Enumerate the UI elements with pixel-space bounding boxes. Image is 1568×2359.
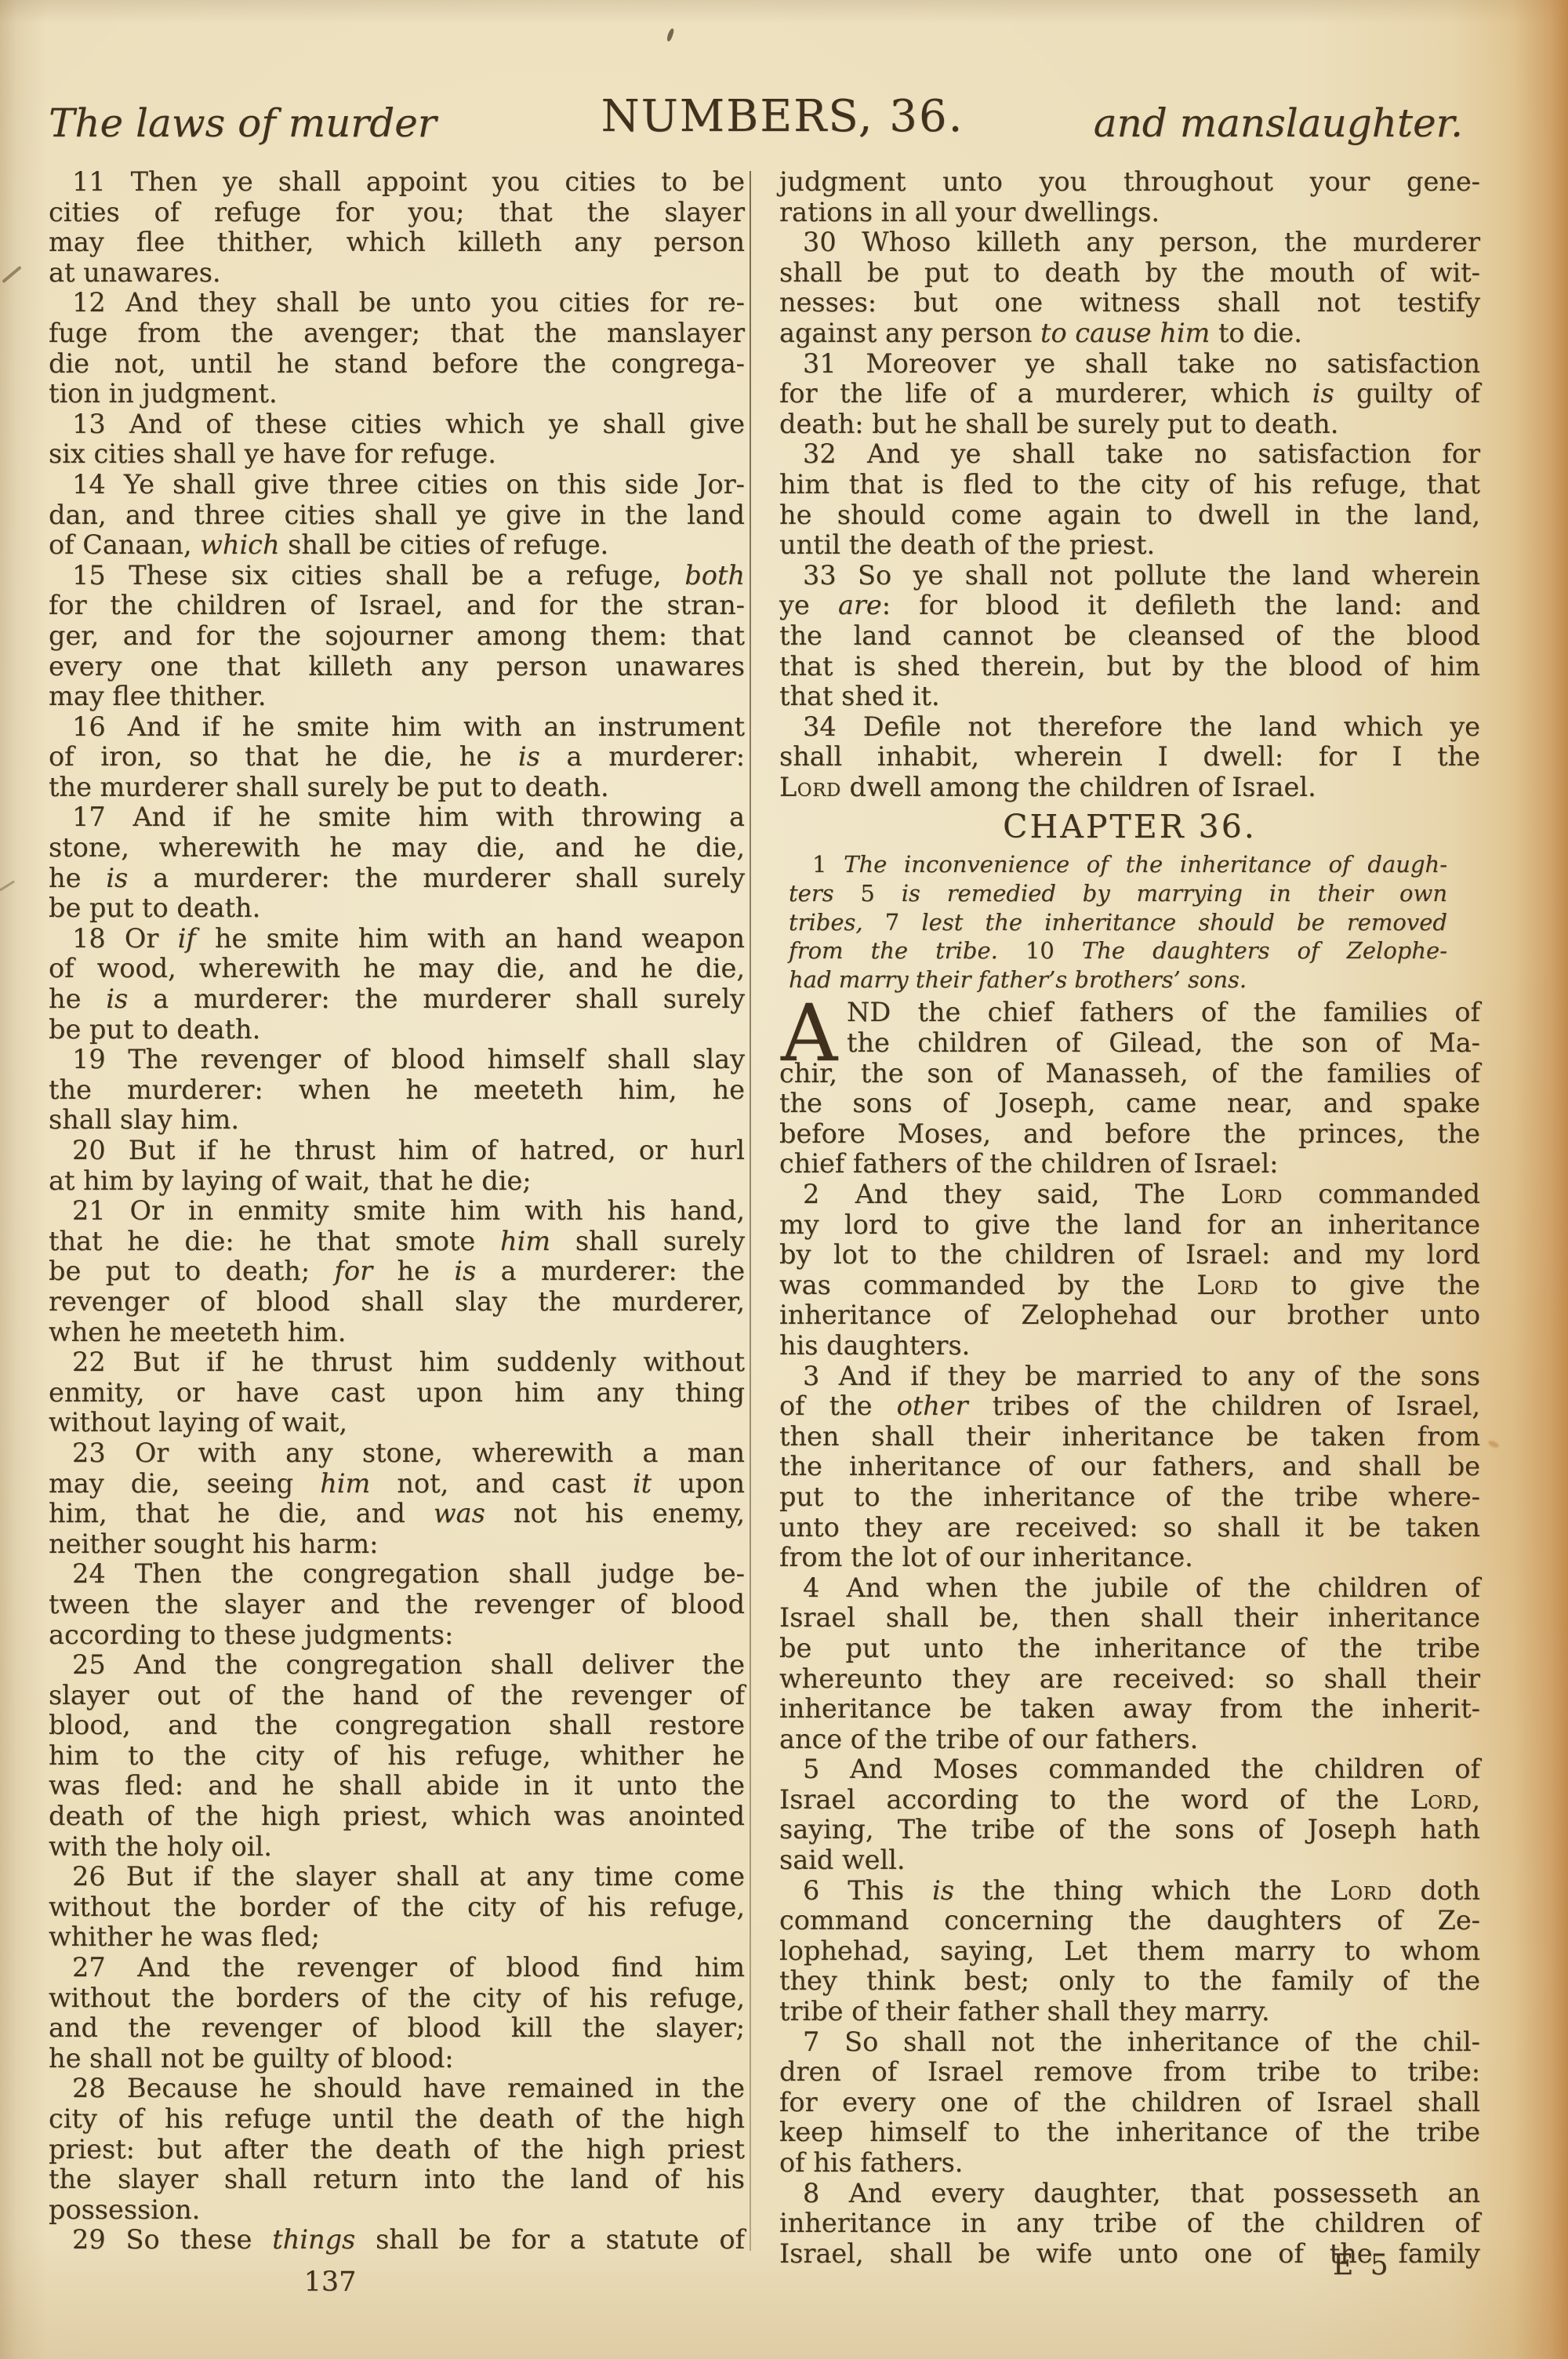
- text-run: him that is fled to the city of his refu…: [779, 469, 1480, 500]
- text-run: 23 Or with any stone, wherewith a man: [72, 1438, 745, 1468]
- text-run: that he die: he that smote: [49, 1226, 500, 1256]
- text-run: that shed it.: [779, 681, 940, 711]
- text-run: ters: [789, 880, 860, 907]
- text-run: with the holy oil.: [49, 1831, 272, 1862]
- margin-mark: [0, 880, 15, 891]
- text-line: city of his refuge until the death of th…: [49, 2104, 745, 2135]
- text-line: of Canaan, which shall be cities of refu…: [49, 530, 745, 561]
- left-column: 11 Then ye shall appoint you cities to b…: [49, 167, 745, 2255]
- text-run: neither sought his harm:: [49, 1528, 378, 1559]
- text-run: from the tribe.: [789, 937, 1025, 964]
- verse-paragraph: 12 And they shall be unto you cities for…: [49, 288, 745, 409]
- text-run: it: [633, 1468, 652, 1499]
- text-run: against any person: [779, 318, 1040, 348]
- text-line: priest: but after the death of the high …: [49, 2135, 745, 2165]
- text-run: : for blood it defileth the land: and: [882, 590, 1480, 620]
- text-line: cities of refuge for you; that the slaye…: [49, 198, 745, 228]
- text-run: inheritance of Zelophehad our brother un…: [779, 1299, 1480, 1330]
- text-line: 5 And Moses commanded the children of: [779, 1754, 1480, 1785]
- right-column: judgment unto you throughout your gene-r…: [779, 167, 1480, 2269]
- text-run: 33 So ye shall not pollute the land wher…: [803, 560, 1480, 591]
- text-run: the murderer shall surely be put to deat…: [49, 772, 609, 802]
- text-line: from the tribe. 10 The daughters of Zelo…: [789, 936, 1447, 965]
- text-line: keep himself to the inheritance of the t…: [779, 2117, 1480, 2148]
- text-run: was commanded by the: [779, 1270, 1196, 1300]
- text-run: may flee thither, which killeth any pers…: [49, 227, 745, 257]
- text-run: 3 And if they be married to any of the s…: [803, 1361, 1480, 1391]
- text-line: he shall not be guilty of blood:: [49, 2044, 745, 2074]
- text-run: chir, the son of Manasseh, of the famili…: [779, 1058, 1480, 1089]
- text-line: 4 And when the jubile of the children of: [779, 1573, 1480, 1604]
- verse-paragraph: 33 So ye shall not pollute the land wher…: [779, 561, 1480, 712]
- text-run: before Moses, and before the princes, th…: [779, 1118, 1480, 1149]
- text-line: chir, the son of Manasseh, of the famili…: [779, 1059, 1480, 1089]
- text-run: he: [49, 863, 106, 893]
- text-run: 7: [885, 909, 922, 936]
- ink-speck: [666, 27, 675, 42]
- text-line: him, that he die, and was not his enemy,: [49, 1499, 745, 1529]
- text-line: the children of Gilead, the son of Ma-: [779, 1028, 1480, 1059]
- text-run: 7 So shall not the inheritance of the ch…: [803, 2026, 1480, 2057]
- text-line: ger, and for the sojourner among them: t…: [49, 621, 745, 652]
- text-run: The daughters of Zelophe-: [1082, 937, 1447, 964]
- text-line: 17 And if he smite him with throwing a: [49, 802, 745, 833]
- text-line: whither he was fled;: [49, 1922, 745, 1953]
- text-line: inheritance in any tribe of the children…: [779, 2208, 1480, 2239]
- text-run: die not, until he stand before the congr…: [49, 348, 745, 379]
- text-line: dan, and three cities shall ye give in t…: [49, 500, 745, 531]
- text-run: keep himself to the inheritance of the t…: [779, 2117, 1480, 2147]
- verse-paragraph: 2 And they said, The Lord commandedmy lo…: [779, 1179, 1480, 1361]
- text-run: 8 And every daughter, that possesseth an: [803, 2178, 1480, 2208]
- text-run: be put to death.: [49, 892, 260, 923]
- text-run: his daughters.: [779, 1330, 970, 1361]
- text-run: him to the city of his refuge, whither h…: [49, 1740, 745, 1771]
- text-run: every one that killeth any person unawar…: [49, 651, 745, 682]
- text-run: Israel according to the word of the: [779, 1784, 1410, 1815]
- text-run: 18 Or: [72, 923, 178, 954]
- text-line: 7 So shall not the inheritance of the ch…: [779, 2027, 1480, 2058]
- text-line: 13 And of these cities which ye shall gi…: [49, 409, 745, 440]
- text-run: a murderer: the murderer shall surely: [128, 983, 745, 1014]
- text-run: tion in judgment.: [49, 378, 278, 409]
- text-run: until the death of the priest.: [779, 529, 1155, 560]
- text-run: him: [500, 1226, 550, 1256]
- text-run: tribe of their father shall they marry.: [779, 1996, 1270, 2026]
- text-run: dan, and three cities shall ye give in t…: [49, 500, 745, 530]
- text-run: 11 Then ye shall appoint you cities to b…: [72, 166, 745, 197]
- text-line: six cities shall ye have for refuge.: [49, 439, 745, 470]
- text-line: that he die: he that smote him shall sur…: [49, 1227, 745, 1257]
- text-line: the land cannot be cleansed of the blood: [779, 621, 1480, 652]
- text-run: at him by laying of wait, that he die;: [49, 1165, 532, 1196]
- text-run: 27 And the revenger of blood find him: [72, 1952, 745, 1983]
- text-run: for the children of Israel, and for the …: [49, 590, 745, 620]
- text-run: he smite him with an hand weapon: [196, 923, 745, 954]
- text-run: ger, and for the sojourner among them: t…: [49, 620, 745, 651]
- text-line: ance of the tribe of our fathers.: [779, 1725, 1480, 1755]
- text-line: for the life of a murderer, which is gui…: [779, 379, 1480, 409]
- text-run: without laying of wait,: [49, 1407, 347, 1438]
- text-line: every one that killeth any person unawar…: [49, 652, 745, 682]
- text-line: be put to death.: [49, 893, 745, 924]
- text-line: tween the slayer and the revenger of blo…: [49, 1590, 745, 1620]
- text-run: is remedied by marrying in their own: [902, 880, 1447, 907]
- text-line: 20 But if he thrust him of hatred, or hu…: [49, 1136, 745, 1166]
- text-run: lest the inheritance should be removed: [921, 909, 1447, 936]
- verse-paragraph: AND the chief fathers of the families of…: [779, 998, 1480, 1179]
- text-line: according to these judgments:: [49, 1620, 745, 1651]
- text-line: until the death of the priest.: [779, 530, 1480, 561]
- text-line: may flee thither, which killeth any pers…: [49, 227, 745, 258]
- text-run: The inconvenience of the inheritance of …: [844, 851, 1447, 878]
- text-run: shall be for a statute of: [355, 2224, 745, 2255]
- text-line: my lord to give the land for an inherita…: [779, 1210, 1480, 1241]
- text-run: 1: [812, 851, 844, 878]
- text-line: death: but he shall be surely put to dea…: [779, 409, 1480, 440]
- text-run: by lot to the children of Israel: and my…: [779, 1239, 1480, 1270]
- text-run: of wood, wherewith he may die, and he di…: [49, 953, 745, 983]
- text-run: 30 Whoso killeth any person, the murdere…: [803, 227, 1480, 257]
- text-run: revenger of blood shall slay the murdere…: [49, 1286, 745, 1317]
- text-run: chief fathers of the children of Israel:: [779, 1148, 1278, 1179]
- text-run: dren of Israel remove from tribe to trib…: [779, 2056, 1480, 2087]
- text-run: which: [200, 529, 279, 560]
- text-line: neither sought his harm:: [49, 1529, 745, 1560]
- text-run: ye: [779, 590, 838, 620]
- text-line: against any person to cause him to die.: [779, 318, 1480, 349]
- text-run: he: [49, 983, 106, 1014]
- text-line: Lord dwell among the children of Israel.: [779, 772, 1480, 803]
- text-line: that shed it.: [779, 682, 1480, 712]
- text-line: without the border of the city of his re…: [49, 1892, 745, 1923]
- text-run: the murderer: when he meeteth him, he: [49, 1074, 745, 1105]
- text-run: according to these judgments:: [49, 1619, 453, 1650]
- printers-signature-mark: E 5: [1333, 2249, 1392, 2281]
- chapter-heading: CHAPTER 36.: [779, 802, 1480, 849]
- text-line: with the holy oil.: [49, 1832, 745, 1863]
- text-line: tribes, 7 lest the inheritance should be…: [789, 908, 1447, 937]
- verse-paragraph: 6 This is the thing which the Lord dothc…: [779, 1876, 1480, 2027]
- text-run: said well.: [779, 1845, 906, 1875]
- text-line: lophehad, saying, Let them marry to whom: [779, 1936, 1480, 1967]
- column-divider: [750, 171, 751, 2251]
- text-run: was: [434, 1498, 485, 1528]
- text-line: the murderer: when he meeteth him, he: [49, 1075, 745, 1106]
- text-line: rations in all your dwellings.: [779, 198, 1480, 228]
- text-run: 16 And if he smite him with an instrumen…: [72, 711, 745, 742]
- text-run: commanded: [1283, 1179, 1480, 1209]
- text-line: for every one of the children of Israel …: [779, 2088, 1480, 2118]
- text-run: is: [106, 863, 128, 893]
- text-line: when he meeteth him.: [49, 1318, 745, 1348]
- text-run: at unawares.: [49, 257, 221, 288]
- verse-paragraph: 15 These six cities shall be a refuge, b…: [49, 561, 745, 712]
- text-line: ters 5 is remedied by marrying in their …: [789, 879, 1447, 908]
- text-run: without the borders of the city of his r…: [49, 1983, 745, 2013]
- running-head-left: The laws of murder: [49, 100, 437, 146]
- text-line: him to the city of his refuge, whither h…: [49, 1741, 745, 1772]
- text-run: my lord to give the land for an inherita…: [779, 1209, 1480, 1240]
- text-line: he is a murderer: the murderer shall sur…: [49, 984, 745, 1015]
- verse-paragraph: 22 But if he thrust him suddenly without…: [49, 1347, 745, 1438]
- text-run: unto they are received: so shall it be t…: [779, 1512, 1480, 1543]
- text-run: 19 The revenger of blood himself shall s…: [72, 1044, 745, 1074]
- verse-paragraph: 7 So shall not the inheritance of the ch…: [779, 2027, 1480, 2179]
- text-run: 15 These six cities shall be a refuge,: [72, 560, 684, 591]
- text-line: for the children of Israel, and for the …: [49, 591, 745, 621]
- verse-paragraph: 26 But if the slayer shall at any time c…: [49, 1862, 745, 1953]
- text-line: by lot to the children of Israel: and my…: [779, 1240, 1480, 1270]
- text-run: cities of refuge for you; that the slaye…: [49, 197, 745, 227]
- text-line: be put to death; for he is a murderer: t…: [49, 1256, 745, 1287]
- text-run: inheritance in any tribe of the children…: [779, 2208, 1480, 2238]
- text-line: be put unto the inheritance of the tribe: [779, 1634, 1480, 1664]
- text-line: 23 Or with any stone, wherewith a man: [49, 1438, 745, 1469]
- text-line: 15 These six cities shall be a refuge, b…: [49, 561, 745, 591]
- verse-paragraph: 29 So these things shall be for a statut…: [49, 2225, 745, 2255]
- text-line: ND the chief fathers of the families of: [779, 998, 1480, 1028]
- text-run: Lord: [1221, 1179, 1283, 1209]
- text-line: before Moses, and before the princes, th…: [779, 1119, 1480, 1150]
- text-run: inheritance be taken away from the inher…: [779, 1693, 1480, 1724]
- text-run: that is shed therein, but by the blood o…: [779, 651, 1480, 682]
- text-line: 3 And if they be married to any of the s…: [779, 1361, 1480, 1392]
- text-line: 21 Or in enmity smite him with his hand,: [49, 1196, 745, 1227]
- text-run: is: [1312, 378, 1334, 409]
- paper-stain: [1487, 1439, 1500, 1448]
- verse-paragraph: 25 And the congregation shall deliver th…: [49, 1650, 745, 1862]
- text-run: slayer out of the hand of the revenger o…: [49, 1680, 745, 1710]
- text-run: six cities shall ye have for refuge.: [49, 438, 496, 469]
- text-line: 33 So ye shall not pollute the land wher…: [779, 561, 1480, 591]
- text-run: whereunto they are received: so shall th…: [779, 1663, 1480, 1694]
- text-line: put to the inheritance of the tribe wher…: [779, 1482, 1480, 1513]
- text-run: from the lot of our inheritance.: [779, 1542, 1193, 1572]
- text-line: his daughters.: [779, 1331, 1480, 1361]
- text-run: the land cannot be cleansed of the blood: [779, 620, 1480, 651]
- text-line: possession.: [49, 2195, 745, 2226]
- drop-cap: A: [781, 994, 837, 1073]
- text-line: 18 Or if he smite him with an hand weapo…: [49, 924, 745, 954]
- text-run: 21 Or in enmity smite him with his hand,: [72, 1195, 745, 1226]
- text-run: 5: [860, 880, 901, 907]
- text-line: 16 And if he smite him with an instrumen…: [49, 712, 745, 743]
- text-run: shall inhabit, wherein I dwell: for I th…: [779, 741, 1480, 772]
- text-run: saying, The tribe of the sons of Joseph …: [779, 1814, 1480, 1845]
- text-run: was fled: and he shall abide in it unto …: [49, 1770, 745, 1801]
- text-run: not, and cast: [370, 1468, 633, 1499]
- text-run: 34 Defile not therefore the land which y…: [803, 711, 1480, 742]
- text-run: dwell among the children of Israel.: [841, 772, 1316, 802]
- verse-paragraph: 21 Or in enmity smite him with his hand,…: [49, 1196, 745, 1347]
- text-run: ND the chief fathers of the families of: [847, 997, 1480, 1027]
- verse-paragraph: 24 Then the congregation shall judge be-…: [49, 1559, 745, 1650]
- text-run: possession.: [49, 2194, 200, 2225]
- running-head: The laws of murder NUMBERS, 36. and mans…: [49, 91, 1463, 163]
- text-line: blood, and the congregation shall restor…: [49, 1710, 745, 1741]
- text-run: shall slay him.: [49, 1104, 239, 1135]
- text-run: 24 Then the congregation shall judge be-: [72, 1558, 745, 1589]
- text-run: for: [335, 1256, 373, 1286]
- verse-paragraph: 4 And when the jubile of the children of…: [779, 1573, 1480, 1755]
- text-run: fuge from the avenger; that the manslaye…: [49, 318, 745, 348]
- text-line: of wood, wherewith he may die, and he di…: [49, 954, 745, 984]
- text-line: shall slay him.: [49, 1105, 745, 1136]
- text-run: 29 So these: [72, 2224, 272, 2255]
- text-run: are: [838, 590, 882, 620]
- text-run: city of his refuge until the death of th…: [49, 2103, 745, 2134]
- text-line: the slayer shall return into the land of…: [49, 2165, 745, 2195]
- text-run: be put to death.: [49, 1014, 260, 1045]
- page: The laws of murder NUMBERS, 36. and mans…: [0, 0, 1568, 2359]
- text-run: had marry their father’s brothers’ sons.: [789, 966, 1247, 993]
- verse-paragraph: 27 And the revenger of blood find himwit…: [49, 1953, 745, 2074]
- text-line: dren of Israel remove from tribe to trib…: [779, 2057, 1480, 2088]
- text-run: is: [454, 1256, 476, 1286]
- text-run: shall surely: [550, 1226, 745, 1256]
- text-line: 19 The revenger of blood himself shall s…: [49, 1045, 745, 1075]
- text-run: him, that he die, and: [49, 1498, 434, 1528]
- text-line: tion in judgment.: [49, 379, 745, 409]
- text-run: judgment unto you throughout your gene-: [779, 166, 1480, 197]
- text-line: at unawares.: [49, 258, 745, 289]
- text-run: stone, wherewith he may die, and he die,: [49, 832, 745, 863]
- text-run: shall be cities of refuge.: [280, 529, 609, 560]
- page-number: 137: [263, 2266, 397, 2298]
- text-run: a murderer: the: [476, 1256, 745, 1286]
- text-run: then shall their inheritance be taken fr…: [779, 1421, 1480, 1452]
- text-run: be put to death;: [49, 1256, 335, 1286]
- text-run: a murderer: the murderer shall surely: [128, 863, 745, 893]
- text-line: enmity, or have cast upon him any thing: [49, 1378, 745, 1408]
- text-run: 22 But if he thrust him suddenly without: [72, 1347, 745, 1377]
- text-line: ye are: for blood it defileth the land: …: [779, 591, 1480, 621]
- text-run: whither he was fled;: [49, 1921, 320, 1952]
- text-run: 2 And they said, The: [803, 1179, 1221, 1209]
- verse-paragraph: 14 Ye shall give three cities on this si…: [49, 470, 745, 561]
- text-line: 6 This is the thing which the Lord doth: [779, 1876, 1480, 1906]
- verse-paragraph: 34 Defile not therefore the land which y…: [779, 712, 1480, 803]
- text-run: to give the: [1258, 1270, 1480, 1300]
- text-run: the children of Gilead, the son of Ma-: [847, 1027, 1480, 1058]
- text-line: he is a murderer: the murderer shall sur…: [49, 863, 745, 894]
- text-run: both: [684, 560, 745, 591]
- verse-paragraph: 13 And of these cities which ye shall gi…: [49, 409, 745, 470]
- verse-paragraph: 16 And if he smite him with an instrumen…: [49, 712, 745, 803]
- text-run: they think best; only to the family of t…: [779, 1965, 1480, 1996]
- running-head-right: and manslaughter.: [1094, 100, 1463, 146]
- verse-paragraph: 5 And Moses commanded the children ofIsr…: [779, 1754, 1480, 1875]
- verse-paragraph: 11 Then ye shall appoint you cities to b…: [49, 167, 745, 288]
- text-line: 24 Then the congregation shall judge be-: [49, 1559, 745, 1590]
- text-line: 12 And they shall be unto you cities for…: [49, 288, 745, 318]
- text-line: shall inhabit, wherein I dwell: for I th…: [779, 742, 1480, 772]
- text-run: 6 This: [803, 1875, 932, 1906]
- text-run: 13 And of these cities which ye shall gi…: [72, 409, 745, 439]
- text-run: for every one of the children of Israel …: [779, 2087, 1480, 2117]
- text-line: fuge from the avenger; that the manslaye…: [49, 318, 745, 349]
- text-run: tween the slayer and the revenger of blo…: [49, 1589, 745, 1619]
- text-line: Israel shall be, then shall their inheri…: [779, 1603, 1480, 1634]
- text-run: him: [320, 1468, 370, 1499]
- text-line: 28 Because he should have remained in th…: [49, 2074, 745, 2104]
- text-line: 2 And they said, The Lord commanded: [779, 1179, 1480, 1210]
- text-run: the slayer shall return into the land of…: [49, 2164, 745, 2194]
- text-run: 14 Ye shall give three cities on this si…: [72, 469, 745, 500]
- text-run: enmity, or have cast upon him any thing: [49, 1377, 745, 1408]
- text-run: 17 And if he smite him with throwing a: [72, 801, 745, 832]
- verse-paragraph: 31 Moreover ye shall take no satisfactio…: [779, 349, 1480, 440]
- verse-paragraph: 19 The revenger of blood himself shall s…: [49, 1045, 745, 1136]
- text-line: of his fathers.: [779, 2148, 1480, 2179]
- text-line: of iron, so that he die, he is a murdere…: [49, 742, 745, 772]
- text-run: Lord: [1330, 1875, 1392, 1906]
- text-line: 32 And ye shall take no satisfaction for: [779, 439, 1480, 470]
- text-run: the sons of Joseph, came near, and spake: [779, 1088, 1480, 1118]
- text-run: 32 And ye shall take no satisfaction for: [803, 438, 1480, 469]
- margin-mark: [2, 266, 22, 283]
- text-line: 31 Moreover ye shall take no satisfactio…: [779, 349, 1480, 380]
- text-line: saying, The tribe of the sons of Joseph …: [779, 1815, 1480, 1845]
- text-run: put to the inheritance of the tribe wher…: [779, 1481, 1480, 1512]
- text-run: 5 And Moses commanded the children of: [803, 1754, 1480, 1784]
- text-run: death: but he shall be surely put to dea…: [779, 409, 1338, 439]
- text-line: he should come again to dwell in the lan…: [779, 500, 1480, 531]
- text-run: not his enemy,: [485, 1498, 745, 1528]
- text-run: be put unto the inheritance of the tribe: [779, 1633, 1480, 1663]
- verse-paragraph: 20 But if he thrust him of hatred, or hu…: [49, 1136, 745, 1196]
- verse-paragraph: 32 And ye shall take no satisfaction for…: [779, 439, 1480, 560]
- text-line: command concerning the daughters of Ze-: [779, 1906, 1480, 1936]
- text-line: stone, wherewith he may die, and he die,: [49, 833, 745, 863]
- text-line: 14 Ye shall give three cities on this si…: [49, 470, 745, 500]
- text-line: die not, until he stand before the congr…: [49, 349, 745, 380]
- text-run: 20 But if he thrust him of hatred, or hu…: [72, 1135, 745, 1165]
- text-run: without the border of the city of his re…: [49, 1892, 745, 1922]
- text-line: the sons of Joseph, came near, and spake: [779, 1089, 1480, 1119]
- text-line: inheritance of Zelophehad our brother un…: [779, 1300, 1480, 1331]
- text-run: priest: but after the death of the high …: [49, 2134, 745, 2165]
- text-run: nesses: but one witness shall not testif…: [779, 287, 1480, 318]
- text-run: of his fathers.: [779, 2147, 963, 2178]
- text-run: 4 And when the jubile of the children of: [803, 1572, 1480, 1603]
- text-line: without laying of wait,: [49, 1408, 745, 1438]
- text-run: and the revenger of blood kill the slaye…: [49, 2012, 745, 2043]
- text-line: 29 So these things shall be for a statut…: [49, 2225, 745, 2255]
- text-run: guilty of: [1334, 378, 1480, 409]
- text-run: 31 Moreover ye shall take no satisfactio…: [803, 348, 1480, 379]
- text-line: 30 Whoso killeth any person, the murdere…: [779, 227, 1480, 258]
- text-run: Lord: [1196, 1270, 1258, 1300]
- text-line: 8 And every daughter, that possesseth an: [779, 2179, 1480, 2209]
- text-line: whereunto they are received: so shall th…: [779, 1664, 1480, 1695]
- text-run: 25 And the congregation shall deliver th…: [72, 1649, 745, 1680]
- text-line: then shall their inheritance be taken fr…: [779, 1422, 1480, 1452]
- text-run: rations in all your dwellings.: [779, 197, 1160, 227]
- text-run: Israel shall be, then shall their inheri…: [779, 1602, 1480, 1633]
- text-run: 10: [1025, 937, 1082, 964]
- text-run: upon: [652, 1468, 745, 1499]
- text-run: may flee thither.: [49, 681, 267, 711]
- verse-paragraph: 30 Whoso killeth any person, the murdere…: [779, 227, 1480, 348]
- text-run: of iron, so that he die, he: [49, 741, 518, 772]
- text-run: the inheritance of our fathers, and shal…: [779, 1451, 1480, 1481]
- text-line: 11 Then ye shall appoint you cities to b…: [49, 167, 745, 198]
- text-line: may die, seeing him not, and cast it upo…: [49, 1469, 745, 1499]
- text-run: is: [932, 1875, 954, 1906]
- text-run: of the: [779, 1390, 897, 1421]
